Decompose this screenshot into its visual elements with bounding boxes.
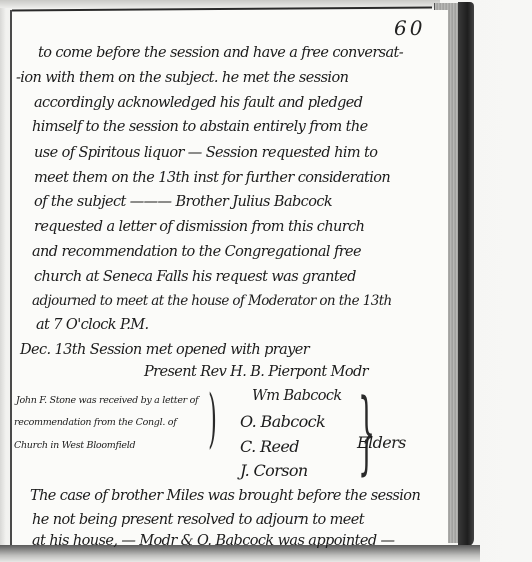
- elders-label: Elders: [357, 433, 406, 452]
- margin-note-line: recommendation from the Congl. of: [14, 417, 176, 428]
- text-line: and recommendation to the Congregational…: [32, 244, 361, 260]
- text-line: -ion with them on the subject. he met th…: [16, 70, 348, 86]
- elder-name: O. Babcock: [240, 412, 325, 431]
- text-line: to come before the session and have a fr…: [38, 45, 403, 61]
- present-line: Present Rev H. B. Pierpont Modr: [144, 364, 368, 380]
- text-line: accordingly acknowledged his fault and p…: [34, 95, 362, 111]
- ledger-page: 60 to come before the session and have a…: [10, 10, 448, 545]
- page-number: 60: [394, 16, 425, 40]
- elder-name: J. Corson: [240, 461, 308, 480]
- text-line: requested a letter of dismission from th…: [34, 219, 364, 235]
- text-line: adjourned to meet at the house of Modera…: [32, 293, 392, 309]
- text-line: church at Seneca Falls his request was g…: [34, 269, 356, 285]
- elder-name: Wm Babcock: [252, 388, 342, 404]
- text-line: meet them on the 13th inst for further c…: [34, 170, 390, 186]
- margin-note-brace: ): [208, 382, 217, 456]
- text-line: at his house, — Modr & O. Babcock was ap…: [32, 533, 394, 549]
- meeting-header: Dec. 13th Session met opened with prayer: [20, 342, 309, 358]
- margin-note-line: Church in West Bloomfield: [14, 440, 135, 451]
- text-line: at 7 O'clock P.M.: [36, 317, 148, 333]
- text-line: The case of brother Miles was brought be…: [30, 488, 420, 504]
- text-line: himself to the session to abstain entire…: [32, 119, 368, 135]
- text-line: he not being present resolved to adjourn…: [32, 512, 364, 528]
- ledger-cover-binding: [458, 2, 474, 547]
- margin-note-line: John F. Stone was received by a letter o…: [16, 395, 198, 406]
- text-line: use of Spiritous liquor — Session reques…: [34, 145, 377, 161]
- text-line: of the subject ——— Brother Julius Babcoc…: [34, 194, 332, 210]
- elder-name: C. Reed: [240, 437, 299, 456]
